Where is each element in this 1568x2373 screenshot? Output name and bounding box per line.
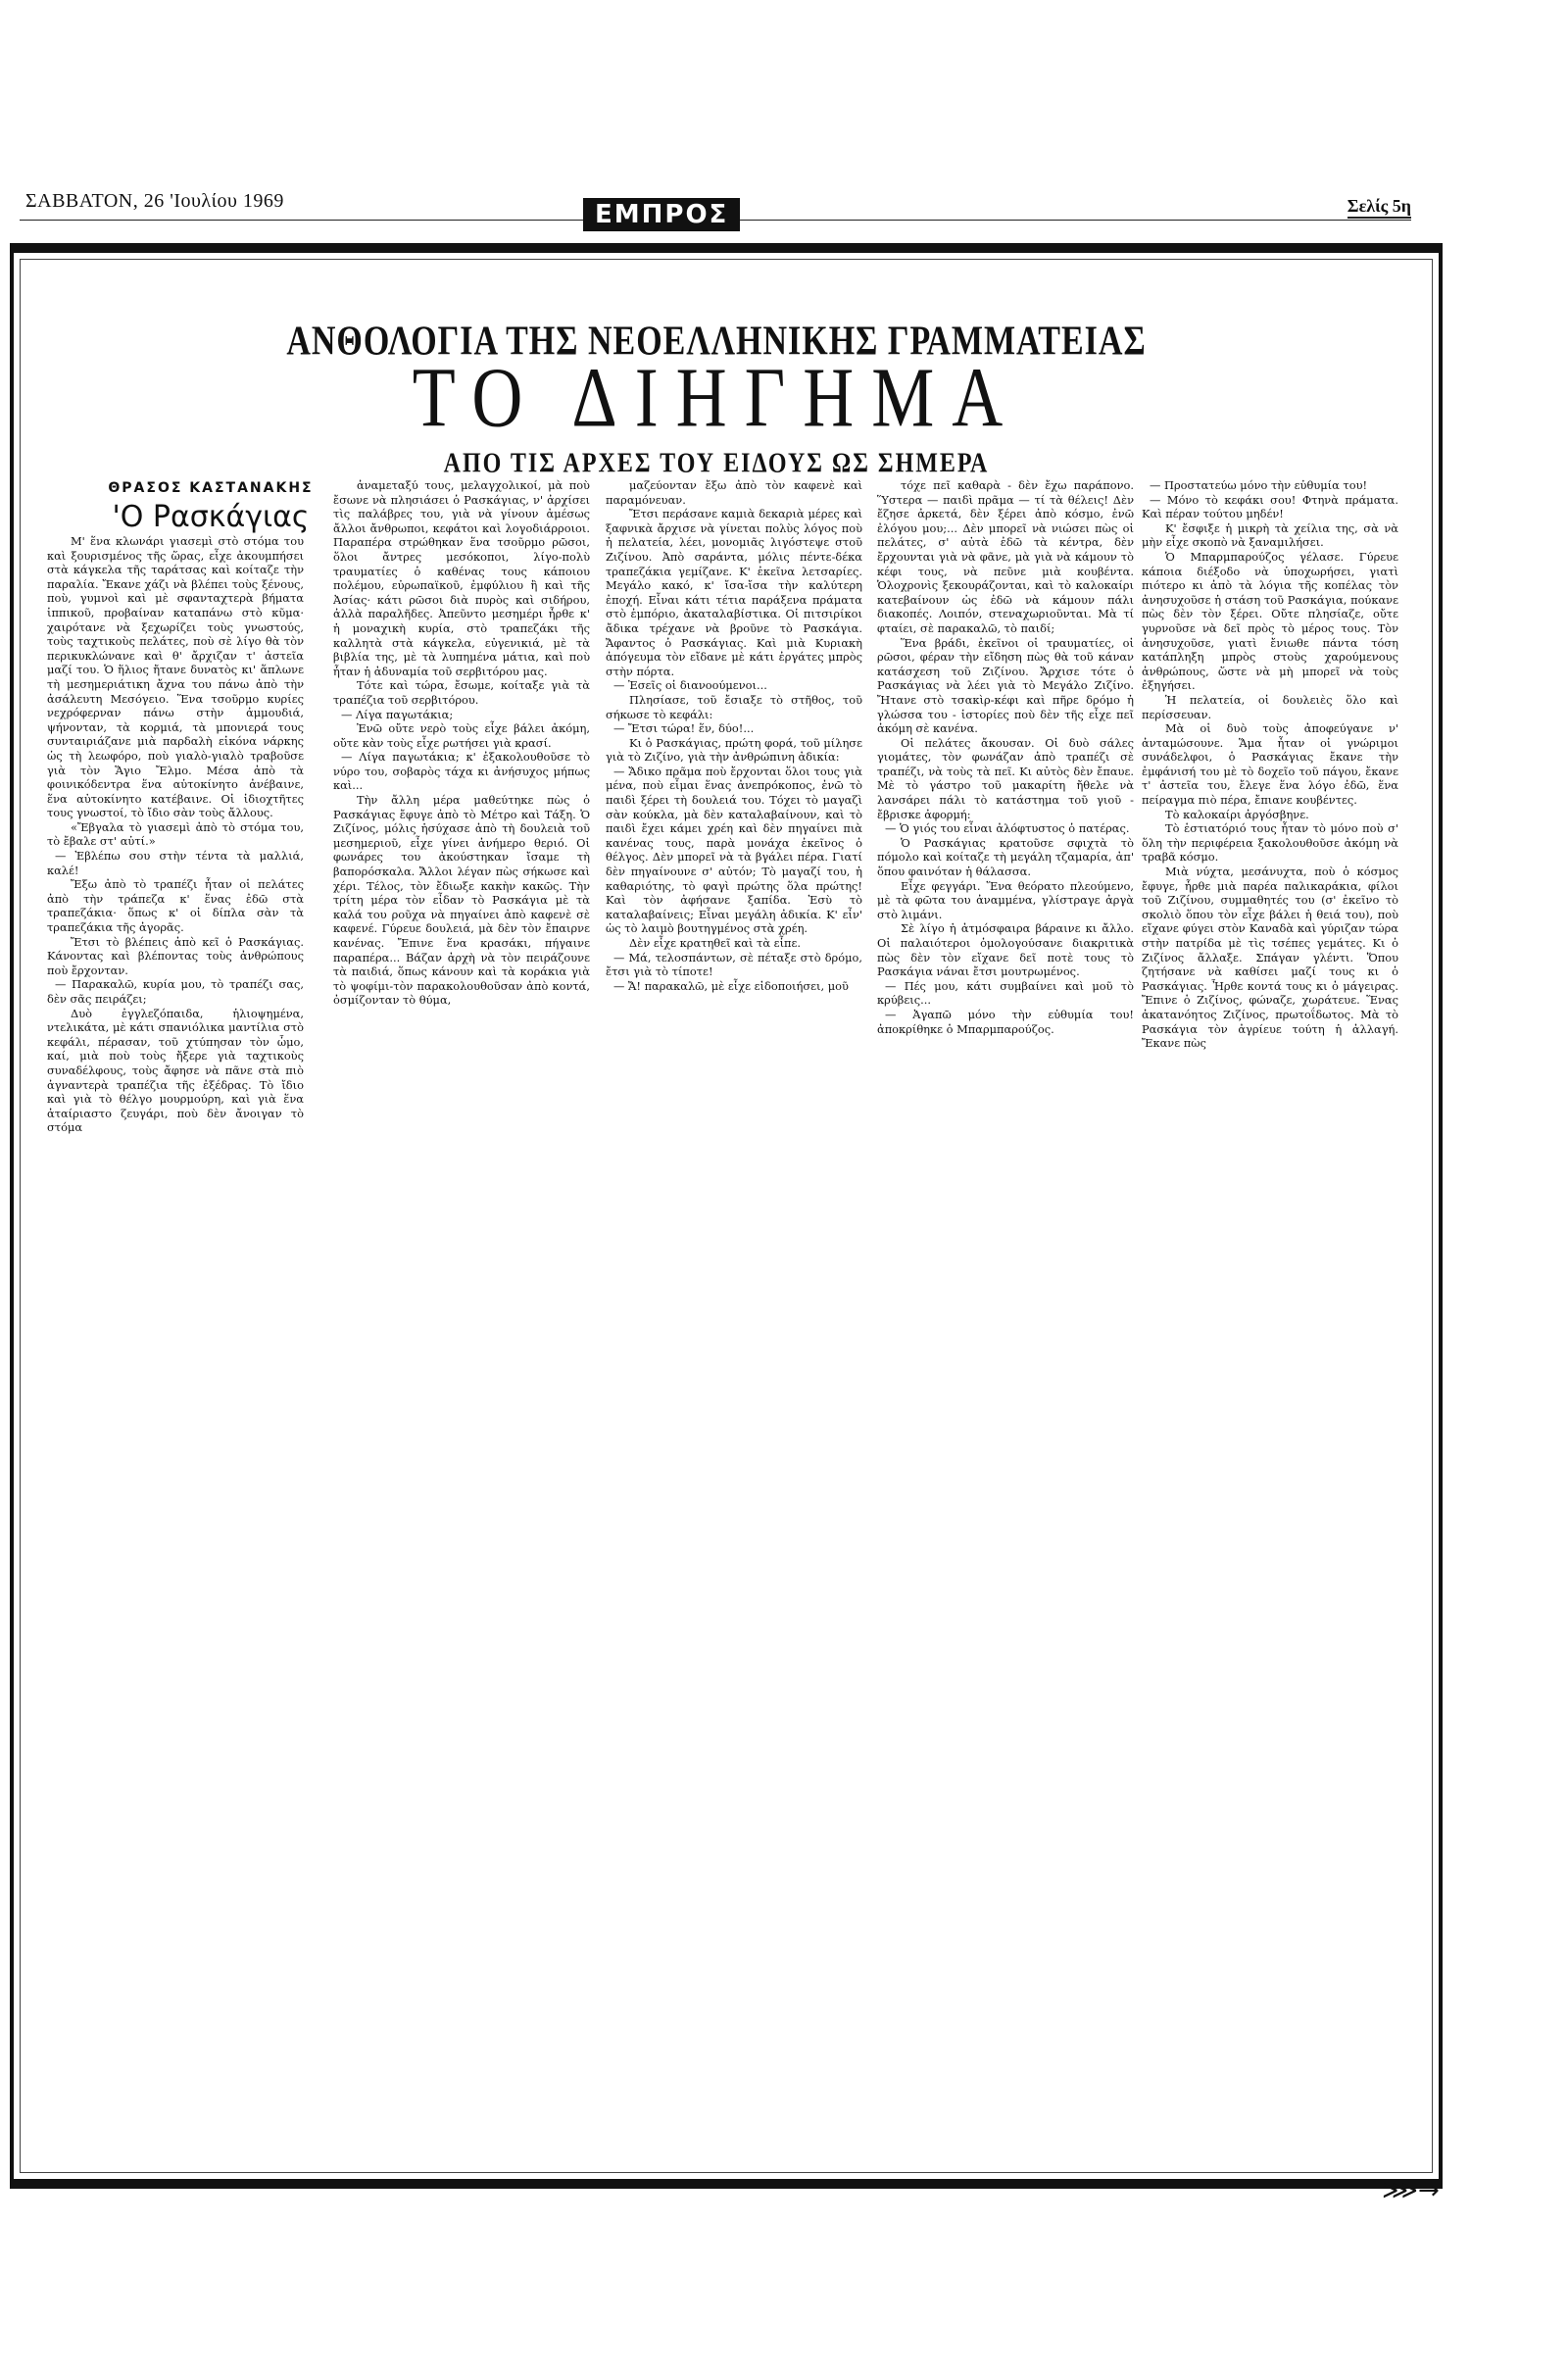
story-paragraph: Πλησίασε, τοῦ ἔσιαξε τὸ στῆθος, τοῦ σήκω… — [606, 693, 862, 721]
story-paragraph: Εἶχε φεγγάρι. Ἕνα θεόρατο πλεούμενο, μὲ … — [877, 879, 1134, 922]
story-paragraph: — Ἐσεῖς οἱ διανοούμενοι... — [606, 678, 862, 693]
story-paragraph: — Ἀγαπῶ μόνο τὴν εὐθυμία του! ἀποκρίθηκε… — [877, 1008, 1134, 1036]
story-paragraph: «Ἔβγαλα τὸ γιασεμὶ ἀπὸ τὸ στόμα του, τὸ … — [47, 820, 304, 849]
story-paragraph: Δυὸ ἐγγλεζόπαιδα, ἡλιοψημένα, ντελικάτα,… — [47, 1007, 304, 1135]
text-column-2: ἀναμεταξύ τους, μελαγχολικοί, μὰ ποὺ ἔσω… — [333, 478, 590, 2154]
story-paragraph: Τότε καὶ τώρα, ἔσωμε, κοίταξε γιὰ τὰ τρα… — [333, 678, 590, 707]
story-byline: ΘΡΑΣΟΣ ΚΑΣΤΑΝΑΚΗΣ 'Ο Ρασκάγιας — [78, 480, 343, 534]
continued-arrow-icon: ⋙→ — [1382, 2176, 1440, 2205]
story-paragraph: Μιὰ νύχτα, μεσάνυχτα, ποὺ ὁ κόσμος ἔφυγε… — [1142, 865, 1398, 1051]
story-paragraph: — Μά, τελοσπάντων, σὲ πέταξε στὸ δρόμο, … — [606, 951, 862, 979]
story-paragraph: — Ὁ γιός του εἶναι ἀλόφτυστος ὁ πατέρας. — [877, 821, 1134, 836]
story-paragraph: Σὲ λίγο ἡ ἀτμόσφαιρα βάραινε κι ἄλλο. Οἱ… — [877, 921, 1134, 978]
story-paragraph: — Ἐβλέπω σου στὴν τέντα τὰ μαλλιά, καλέ! — [47, 849, 304, 877]
text-column-5: — Προστατεύω μόνο τὴν εὐθυμία του!— Μόνο… — [1142, 478, 1398, 2007]
story-paragraph: — Ἄ! παρακαλῶ, μὲ εἶχε εἰδοποιήσει, μοῦ — [606, 979, 862, 994]
story-paragraph: Ἔτσι περάσανε καμιὰ δεκαριὰ μέρες καὶ ξα… — [606, 507, 862, 678]
story-paragraph: Ἡ πελατεία, οἱ δουλειὲς ὅλο καὶ περίσσευ… — [1142, 693, 1398, 721]
feature-title: ΤΟ ΔΙΗΓΗΜΑ — [0, 350, 1433, 448]
story-paragraph: — Λίγα παγωτάκια; κ' ἐξακολουθοῦσε τὸ νύ… — [333, 750, 590, 793]
story-author: ΘΡΑΣΟΣ ΚΑΣΤΑΝΑΚΗΣ — [78, 480, 343, 496]
story-paragraph: — Πές μου, κάτι συμβαίνει καὶ μοῦ τὸ κρύ… — [877, 979, 1134, 1008]
story-paragraph: Ὁ Ρασκάγιας κρατοῦσε σφιχτὰ τὸ πόμολο κα… — [877, 836, 1134, 879]
story-paragraph: Τὴν ἄλλη μέρα μαθεύτηκε πὼς ὁ Ρασκάγιας … — [333, 793, 590, 1008]
issue-date: ΣΑΒΒΑΤΟΝ, 26 'Ιουλίου 1969 — [25, 190, 284, 213]
story-paragraph: Οἱ πελάτες ἄκουσαν. Οἱ δυὸ σάλες γιομάτε… — [877, 736, 1134, 822]
story-paragraph: — Ἔτσι τώρα! ἕν, δύο!... — [606, 721, 862, 736]
story-paragraph: Κι ὁ Ρασκάγιας, πρώτη φορά, τοῦ μίλησε γ… — [606, 736, 862, 765]
feature-subtitle: ΑΠΟ ΤΙΣ ΑΡΧΕΣ ΤΟΥ ΕΙΔΟΥΣ ΩΣ ΣΗΜΕΡΑ — [0, 448, 1433, 479]
story-paragraph: Ἐνῶ οὔτε νερὸ τοὺς εἶχε βάλει ἀκόμη, οὔτ… — [333, 721, 590, 750]
story-paragraph: — Μόνο τὸ κεφάκι σου! Φτηνὰ πράματα. Καὶ… — [1142, 493, 1398, 521]
text-column-4: τόχε πεῖ καθαρὰ - δὲν ἔχω παράπονο. Ὕστε… — [877, 478, 1134, 2154]
page-number: Σελίς 5η — [1347, 196, 1411, 219]
newspaper-logo: ΕΜΠΡΟΣ — [583, 198, 740, 231]
story-paragraph: Ἕνα βράδι, ἐκεῖνοι οἱ τραυματίες, οἱ ρῶσ… — [877, 636, 1134, 736]
story-paragraph: Μ' ἕνα κλωνάρι γιασεμὶ στὸ στόμα του καὶ… — [47, 534, 304, 820]
story-paragraph: μαζεύονταν ἔξω ἀπὸ τὸν καφενὲ καὶ παραμό… — [606, 478, 862, 507]
story-paragraph: — Παρακαλῶ, κυρία μου, τὸ τραπέζι σας, δ… — [47, 977, 304, 1006]
story-paragraph: Ἔτσι τὸ βλέπεις ἀπὸ κεῖ ὁ Ρασκάγιας. Κάν… — [47, 935, 304, 978]
story-paragraph: Κ' ἔσφιξε ἡ μικρὴ τὰ χείλια της, σὰ νὰ μ… — [1142, 521, 1398, 550]
story-paragraph: Ἔξω ἀπὸ τὸ τραπέζι ἦταν οἱ πελάτες ἀπὸ τ… — [47, 877, 304, 934]
story-title: 'Ο Ρασκάγιας — [78, 500, 343, 534]
story-paragraph: Δὲν εἶχε κρατηθεῖ καὶ τὰ εἶπε. — [606, 936, 862, 951]
story-paragraph: τόχε πεῖ καθαρὰ - δὲν ἔχω παράπονο. Ὕστε… — [877, 478, 1134, 636]
story-paragraph: Ὁ Μπαρμπαρούζος γέλασε. Γύρευε κάποια δι… — [1142, 550, 1398, 693]
story-paragraph: Τὸ ἑστιατόριό τους ἦταν τὸ μόνο ποὺ σ' ὅ… — [1142, 821, 1398, 865]
story-paragraph: Μὰ οἱ δυὸ τοὺς ἀποφεύγανε ν' ἀνταμώσουνε… — [1142, 721, 1398, 808]
story-paragraph: Τὸ καλοκαίρι ἀργόσβηνε. — [1142, 808, 1398, 822]
text-column-1: Μ' ἕνα κλωνάρι γιασεμὶ στὸ στόμα του καὶ… — [47, 534, 304, 2151]
story-paragraph: — Λίγα παγωτάκια; — [333, 708, 590, 722]
masthead: ΣΑΒΒΑΤΟΝ, 26 'Ιουλίου 1969 ΕΜΠΡΟΣ Σελίς … — [20, 186, 1411, 235]
story-paragraph: — Προστατεύω μόνο τὴν εὐθυμία του! — [1142, 478, 1398, 493]
story-paragraph: ἀναμεταξύ τους, μελαγχολικοί, μὰ ποὺ ἔσω… — [333, 478, 590, 678]
story-paragraph: — Ἄδικο πρᾶμα ποὺ ἔρχονται ὅλοι τους γιὰ… — [606, 765, 862, 936]
text-column-3: μαζεύονταν ἔξω ἀπὸ τὸν καφενὲ καὶ παραμό… — [606, 478, 862, 2154]
